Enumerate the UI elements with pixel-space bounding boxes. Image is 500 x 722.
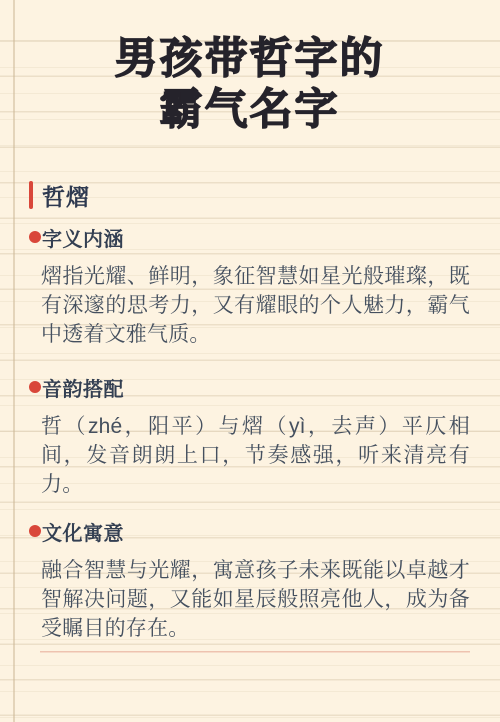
- section-heading: 文化寓意: [29, 519, 470, 543]
- name-heading-label: 哲熠: [42, 179, 90, 212]
- section-heading-label: 文化寓意: [42, 517, 124, 546]
- red-dot-icon: [29, 231, 41, 243]
- name-heading: 哲熠: [29, 180, 470, 210]
- section-heading: 音韵搭配: [29, 375, 470, 399]
- section-meaning: 字义内涵 熠指光耀、鲜明，象征智慧如星光般璀璨，既有深邃的思考力，又有耀眼的个人…: [29, 225, 470, 349]
- section-body-text: 融合智慧与光耀，寓意孩子未来既能以卓越才智解决问题，又能如星辰般照亮他人，成为备…: [41, 556, 470, 643]
- section-heading: 字义内涵: [29, 225, 470, 249]
- section-phonetics: 音韵搭配 哲（zhé，阳平）与熠（yì，去声）平仄相间，发音朗朗上口，节奏感强，…: [29, 375, 470, 499]
- notebook-paper-card: 男孩带哲字的 霸气名字 哲熠 字义内涵 熠指光耀、鲜明，象征智慧如星光般璀璨，既…: [0, 0, 500, 722]
- page-title-line-2: 霸气名字: [160, 86, 340, 134]
- page-title-line-1: 男孩带哲字的: [115, 35, 385, 83]
- red-dot-icon: [29, 381, 41, 393]
- section-body-text: 哲（zhé，阳平）与熠（yì，去声）平仄相间，发音朗朗上口，节奏感强，听来清亮有…: [41, 412, 470, 499]
- card-content: 男孩带哲字的 霸气名字 哲熠 字义内涵 熠指光耀、鲜明，象征智慧如星光般璀璨，既…: [0, 0, 500, 722]
- section-heading-label: 字义内涵: [42, 223, 124, 252]
- page-title: 男孩带哲字的 霸气名字: [29, 34, 470, 136]
- red-dot-icon: [29, 525, 41, 537]
- section-body-text: 熠指光耀、鲜明，象征智慧如星光般璀璨，既有深邃的思考力，又有耀眼的个人魅力，霸气…: [41, 262, 470, 349]
- section-culture: 文化寓意 融合智慧与光耀，寓意孩子未来既能以卓越才智解决问题，又能如星辰般照亮他…: [29, 519, 470, 643]
- section-heading-label: 音韵搭配: [42, 373, 124, 402]
- red-bar-icon: [29, 181, 33, 209]
